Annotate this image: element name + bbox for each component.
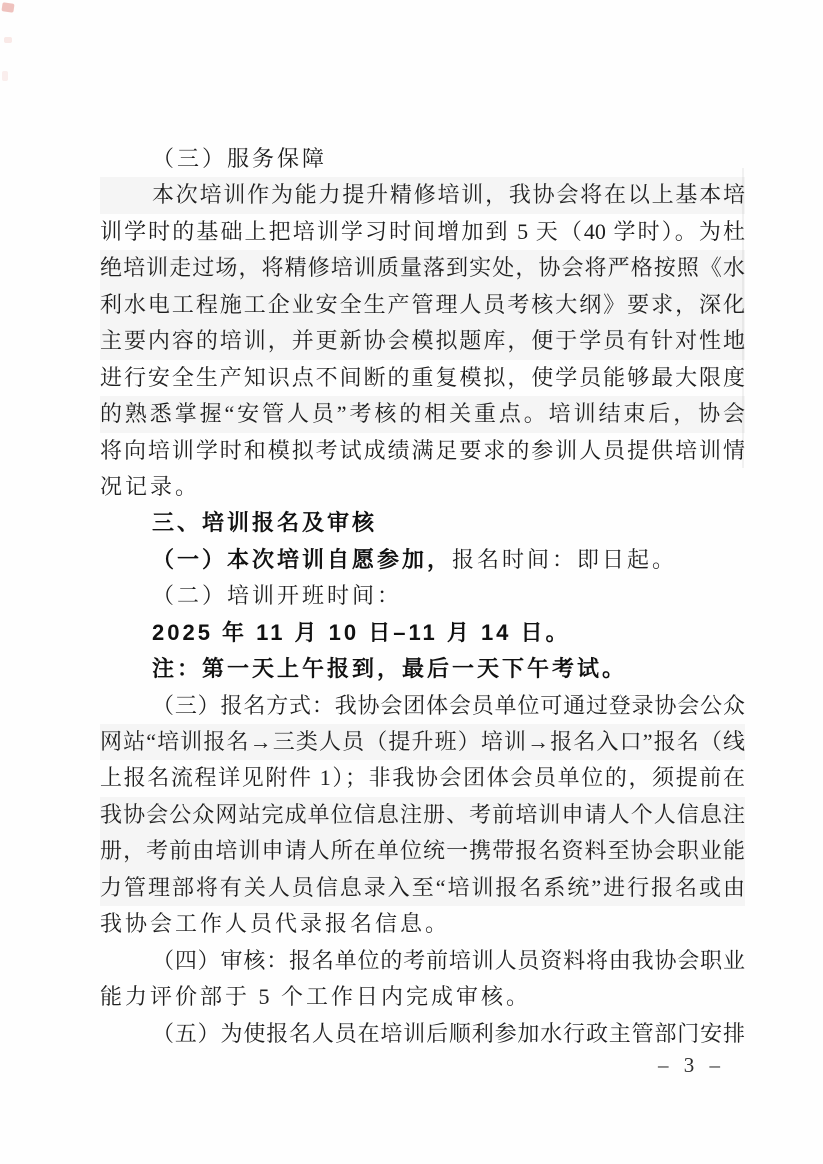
text-line: 利水电工程施工企业安全生产管理人员考核大纲》要求，深化 (100, 287, 745, 323)
text-line: 将向培训学时和模拟考试成绩满足要求的参训人员提供培训情 (100, 433, 745, 469)
text-run: 上报名流程详见附件 1）；非我协会团体会员单位的，须提前在 (100, 765, 745, 790)
text-run: （二）培训开班时间： (152, 583, 402, 608)
text-line: 册，考前由培训申请人所在单位统一携带报名资料至协会职业能 (100, 833, 745, 869)
text-line: 上报名流程详见附件 1）；非我协会团体会员单位的，须提前在 (100, 760, 745, 796)
text-line: 我协会工作人员代录报名信息。 (100, 906, 745, 942)
text-line: 况记录。 (100, 469, 745, 505)
page-number: – 3 – (658, 1053, 748, 1078)
text-run: 进行安全生产知识点不间断的重复模拟，使学员能够最大限度 (100, 365, 745, 390)
red-seal-fragment-3 (2, 71, 8, 81)
text-run: 网站“培训报名→三类人员（提升班）培训→报名入口”报名（线 (100, 729, 745, 754)
bold-text-run: 2025 年 11 月 10 日–11 月 14 日。 (152, 620, 571, 645)
text-run: 况记录。 (100, 474, 200, 499)
text-run: 力管理部将有关人员信息录入至“培训报名系统”进行报名或由 (100, 875, 745, 900)
text-line: （四）审核：报名单位的考前培训人员资料将由我协会职业 (100, 943, 745, 979)
bold-text-run: （一）本次培训自愿参加， (152, 547, 452, 572)
text-line: （二）培训开班时间： (100, 578, 745, 614)
text-run: （四）审核：报名单位的考前培训人员资料将由我协会职业 (152, 948, 745, 973)
text-run: 我协会公众网站完成单位信息注册、考前培训申请人个人信息注 (100, 802, 745, 827)
text-run: 本次培训作为能力提升精修培训，我协会将在以上基本培 (152, 182, 745, 207)
text-run: 主要内容的培训，并更新协会模拟题库，便于学员有针对性地 (100, 328, 745, 353)
text-line: （一）本次培训自愿参加，报名时间：即日起。 (100, 542, 745, 578)
text-line: 的熟悉掌握“安管人员”考核的相关重点。培训结束后，协会 (100, 396, 745, 432)
text-run: 训学时的基础上把培训学习时间增加到 5 天（40 学时）。为杜 (100, 219, 745, 244)
red-seal-fragment-1 (1, 2, 14, 13)
bold-text-run: 三、培训报名及审核 (152, 510, 377, 535)
text-run: 能力评价部于 5 个工作日内完成审核。 (100, 984, 531, 1009)
text-line: （五）为使报名人员在培训后顺利参加水行政主管部门安排 (100, 1016, 745, 1052)
text-run: 绝培训走过场，将精修培训质量落到实处，协会将严格按照《水 (100, 255, 745, 280)
document-page: （三）服务保障本次培训作为能力提升精修培训，我协会将在以上基本培训学时的基础上把… (0, 0, 823, 1164)
text-line: 三、培训报名及审核 (100, 505, 745, 541)
text-run: 将向培训学时和模拟考试成绩满足要求的参训人员提供培训情 (100, 438, 745, 463)
text-run: 利水电工程施工企业安全生产管理人员考核大纲》要求，深化 (100, 292, 745, 317)
text-line: 进行安全生产知识点不间断的重复模拟，使学员能够最大限度 (100, 360, 745, 396)
text-line: （三）报名方式：我协会团体会员单位可通过登录协会公众 (100, 688, 745, 724)
text-run: 的熟悉掌握“安管人员”考核的相关重点。培训结束后，协会 (100, 401, 745, 426)
bold-text-run: 注：第一天上午报到，最后一天下午考试。 (152, 656, 627, 681)
text-line: 我协会公众网站完成单位信息注册、考前培训申请人个人信息注 (100, 797, 745, 833)
text-line: 网站“培训报名→三类人员（提升班）培训→报名入口”报名（线 (100, 724, 745, 760)
text-run: （三）服务保障 (152, 146, 327, 171)
text-line: 2025 年 11 月 10 日–11 月 14 日。 (100, 615, 745, 651)
text-line: 绝培训走过场，将精修培训质量落到实处，协会将严格按照《水 (100, 250, 745, 286)
text-line: 训学时的基础上把培训学习时间增加到 5 天（40 学时）。为杜 (100, 214, 745, 250)
text-line: 本次培训作为能力提升精修培训，我协会将在以上基本培 (100, 177, 745, 213)
text-line: 主要内容的培训，并更新协会模拟题库，便于学员有针对性地 (100, 323, 745, 359)
text-line: 力管理部将有关人员信息录入至“培训报名系统”进行报名或由 (100, 870, 745, 906)
text-run: 报名时间：即日起。 (452, 547, 677, 572)
text-run: （五）为使报名人员在培训后顺利参加水行政主管部门安排 (152, 1021, 745, 1046)
text-line: 能力评价部于 5 个工作日内完成审核。 (100, 979, 745, 1015)
document-body: （三）服务保障本次培训作为能力提升精修培训，我协会将在以上基本培训学时的基础上把… (100, 141, 745, 1052)
text-run: （三）报名方式：我协会团体会员单位可通过登录协会公众 (152, 693, 745, 718)
red-seal-fragment-2 (4, 37, 12, 43)
text-run: 册，考前由培训申请人所在单位统一携带报名资料至协会职业能 (100, 838, 745, 863)
text-run: 我协会工作人员代录报名信息。 (100, 911, 450, 936)
text-line: （三）服务保障 (100, 141, 745, 177)
text-line: 注：第一天上午报到，最后一天下午考试。 (100, 651, 745, 687)
